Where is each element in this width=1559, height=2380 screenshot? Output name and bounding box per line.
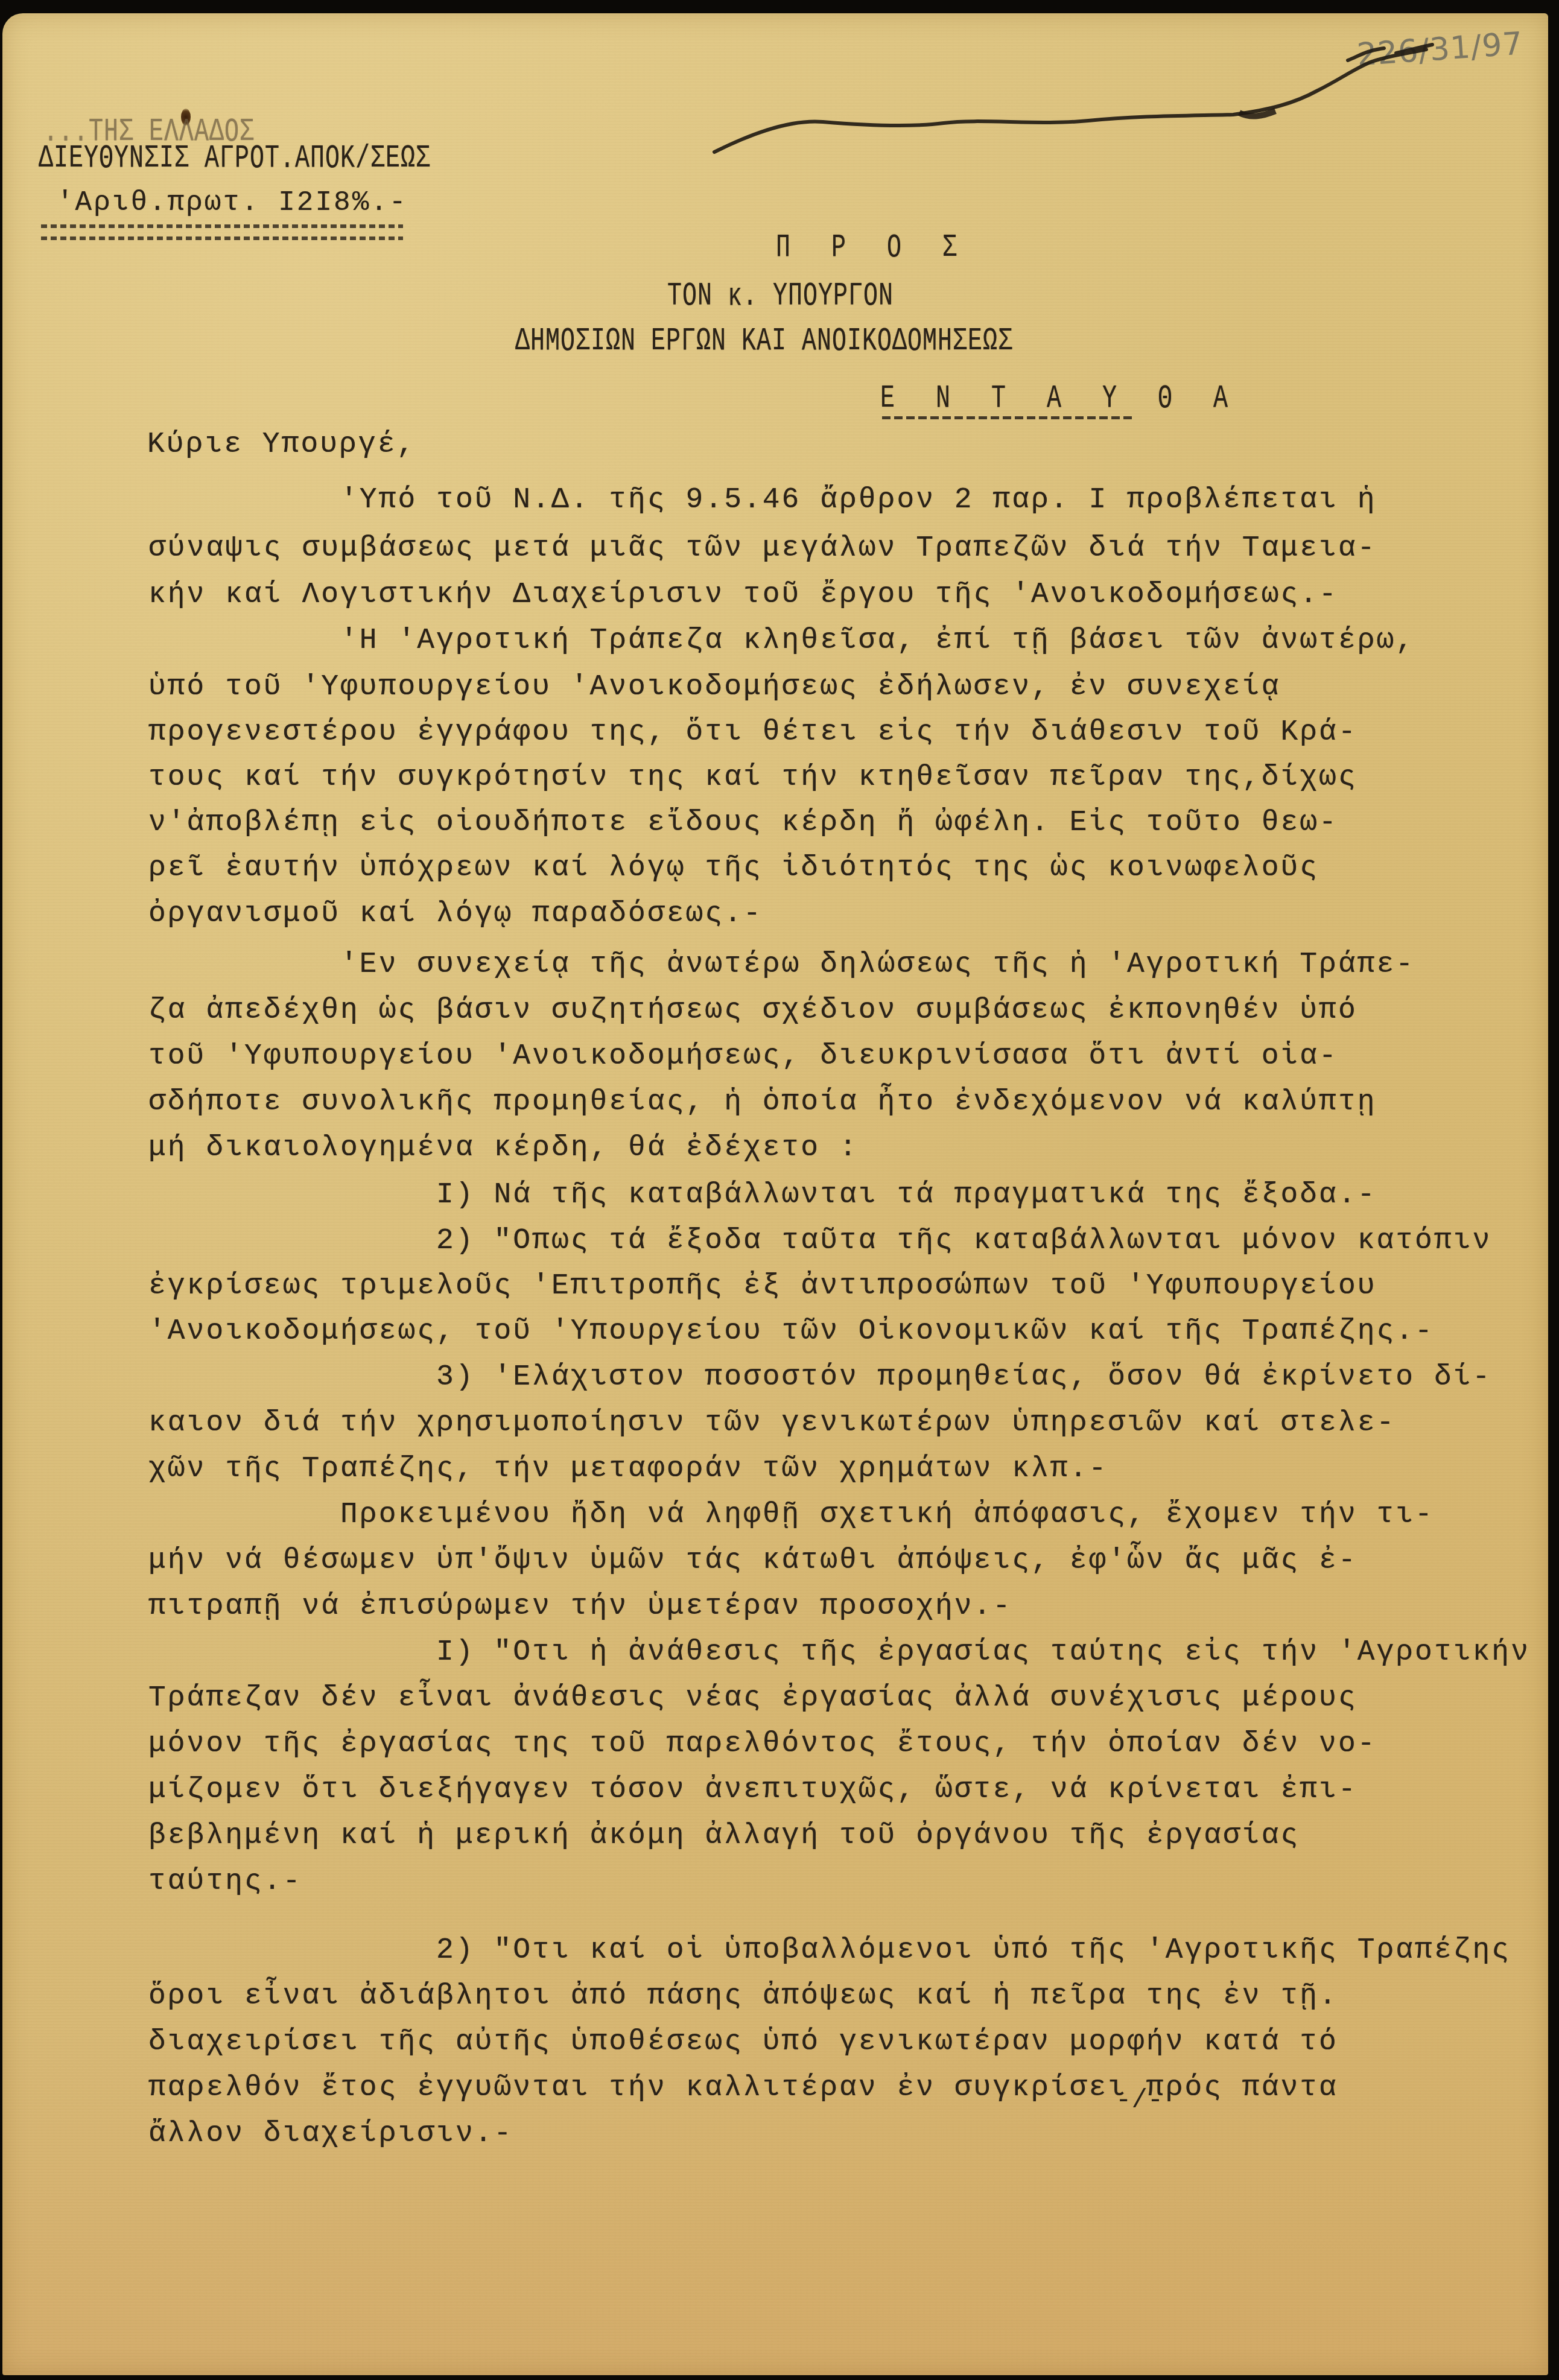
salutation: Κύριε Υπουργέ, xyxy=(147,428,416,461)
body-line: Τράπεζαν δέν εἶναι ἀνάθεσις νέας ἐργασία… xyxy=(148,1682,1357,1715)
body-line: ρεῖ ἑαυτήν ὑπόχρεων καί λόγῳ τῆς ἰδιότητ… xyxy=(148,852,1319,884)
body-line: 'Η 'Αγροτική Τράπεζα κληθεῖσα, ἐπί τῇ βά… xyxy=(148,624,1415,657)
body-line: μήν νά θέσωμεν ὑπ'ὄψιν ὑμῶν τάς κάτωθι ἀ… xyxy=(148,1544,1357,1577)
body-line: πιτραπῇ νά ἐπισύρωμεν τήν ὑμετέραν προσο… xyxy=(148,1590,1012,1623)
protocol-underline xyxy=(41,224,403,228)
body-line: ὅροι εἶναι ἀδιάβλητοι ἀπό πάσης ἀπόψεως … xyxy=(148,1980,1338,2013)
addressee-pros: Π Ρ Ο Σ xyxy=(776,230,970,267)
body-line: ὑπό τοῦ 'Υφυπουργείου 'Ανοικοδομήσεως ἐδ… xyxy=(148,671,1280,703)
list-item-3: 3) 'Ελάχιστον ποσοστόν προμηθείας, ὅσον … xyxy=(148,1361,1491,1394)
body-line: μόνον τῆς ἐργασίας της τοῦ παρελθόντος ἔ… xyxy=(148,1728,1377,1760)
department-name: ΔΙΕΥΘΥΝΣΙΣ ΑΓΡΟΤ.ΑΠΟΚ/ΣΕΩΣ xyxy=(39,141,431,178)
body-line: βεβλημένη καί ἡ μερική ἀκόμη ἀλλαγή τοῦ … xyxy=(148,1820,1300,1852)
body-line: μίζομεν ὅτι διεξήγαγεν τόσον ἀνεπιτυχῶς,… xyxy=(148,1774,1357,1806)
protocol-underline-2 xyxy=(41,236,403,240)
location-underline xyxy=(882,416,1135,419)
body-line: ν'ἀποβλέπῃ εἰς οἱουδήποτε εἴδους κέρδη ἤ… xyxy=(148,807,1338,839)
body-line: 'Υπό τοῦ Ν.Δ. τῆς 9.5.46 ἄρθρον 2 παρ. I… xyxy=(148,484,1377,516)
body-line: ζα ἀπεδέχθη ὡς βάσιν συζητήσεως σχέδιον … xyxy=(148,994,1357,1027)
body-line: προγενεστέρου ἐγγράφου της, ὅτι θέτει εἰ… xyxy=(148,716,1357,749)
point-1: I) "Οτι ἡ ἀνάθεσις τῆς ἐργασίας ταύτης ε… xyxy=(148,1636,1530,1669)
body-line: καιον διά τήν χρησιμοποίησιν τῶν γενικωτ… xyxy=(148,1407,1395,1439)
body-line: ὀργανισμοῦ καί λόγῳ παραδόσεως.- xyxy=(148,898,763,930)
body-line: Προκειμένου ἤδη νά ληφθῇ σχετική ἀπόφασι… xyxy=(148,1499,1434,1531)
addressee-minister: ΤΟΝ κ. ΥΠΟΥΡΓΟΝ xyxy=(667,279,894,316)
body-line: ἄλλον διαχείρισιν.- xyxy=(148,2118,513,2150)
body-line: ἐγκρίσεως τριμελοῦς 'Επιτροπῆς ἐξ ἀντιπρ… xyxy=(148,1270,1377,1303)
protocol-number: 'Αριθ.πρωτ. I2I8%.- xyxy=(57,187,408,218)
addressee-location: Ε Ν Τ Α Υ Θ Α xyxy=(880,381,1241,418)
body-line: τοῦ 'Υφυπουργείου 'Ανοικοδομήσεως, διευκ… xyxy=(148,1040,1338,1073)
body-line: χῶν τῆς Τραπέζης, τήν μεταφοράν τῶν χρημ… xyxy=(148,1453,1108,1485)
body-line: διαχειρίσει τῆς αὐτῆς ὑποθέσεως ὑπό γενι… xyxy=(148,2026,1338,2058)
point-2: 2) "Οτι καί οἱ ὑποβαλλόμενοι ὑπό τῆς 'Αγ… xyxy=(148,1934,1511,1967)
list-item-2: 2) "Οπως τά ἔξοδα ταῦτα τῆς καταβάλλωντα… xyxy=(148,1225,1491,1257)
body-line: κήν καί Λογιστικήν Διαχείρισιν τοῦ ἔργου… xyxy=(148,579,1338,611)
document-page: 226/31/97 ...ΤΗΣ ΕΛΛΑΔΟΣ ΔΙΕΥΘΥΝΣΙΣ ΑΓΡΟ… xyxy=(2,13,1548,2375)
body-line: σδήποτε συνολικῆς προμηθείας, ἡ ὁποία ἦτ… xyxy=(148,1086,1377,1119)
body-line: ταύτης.- xyxy=(148,1865,302,1898)
addressee-ministry: ΔΗΜΟΣΙΩΝ ΕΡΓΩΝ ΚΑΙ ΑΝΟΙΚΟΔΟΜΗΣΕΩΣ xyxy=(515,324,1013,361)
continuation-mark: -/- xyxy=(1116,2086,1163,2116)
body-line: τους καί τήν συγκρότησίν της καί τήν κτη… xyxy=(148,761,1357,794)
body-line: 'Εν συνεχείᾳ τῆς ἀνωτέρω δηλώσεως τῆς ἡ … xyxy=(148,948,1415,981)
body-line: 'Ανοικοδομήσεως, τοῦ 'Υπουργείου τῶν Οἰκ… xyxy=(148,1315,1434,1348)
list-item-1: I) Νά τῆς καταβάλλωνται τά πραγματικά τη… xyxy=(148,1179,1377,1211)
body-line: σύναψις συμβάσεως μετά μιᾶς τῶν μεγάλων … xyxy=(148,532,1377,565)
body-line: μή δικαιολογημένα κέρδη, θά ἐδέχετο : xyxy=(148,1132,859,1164)
